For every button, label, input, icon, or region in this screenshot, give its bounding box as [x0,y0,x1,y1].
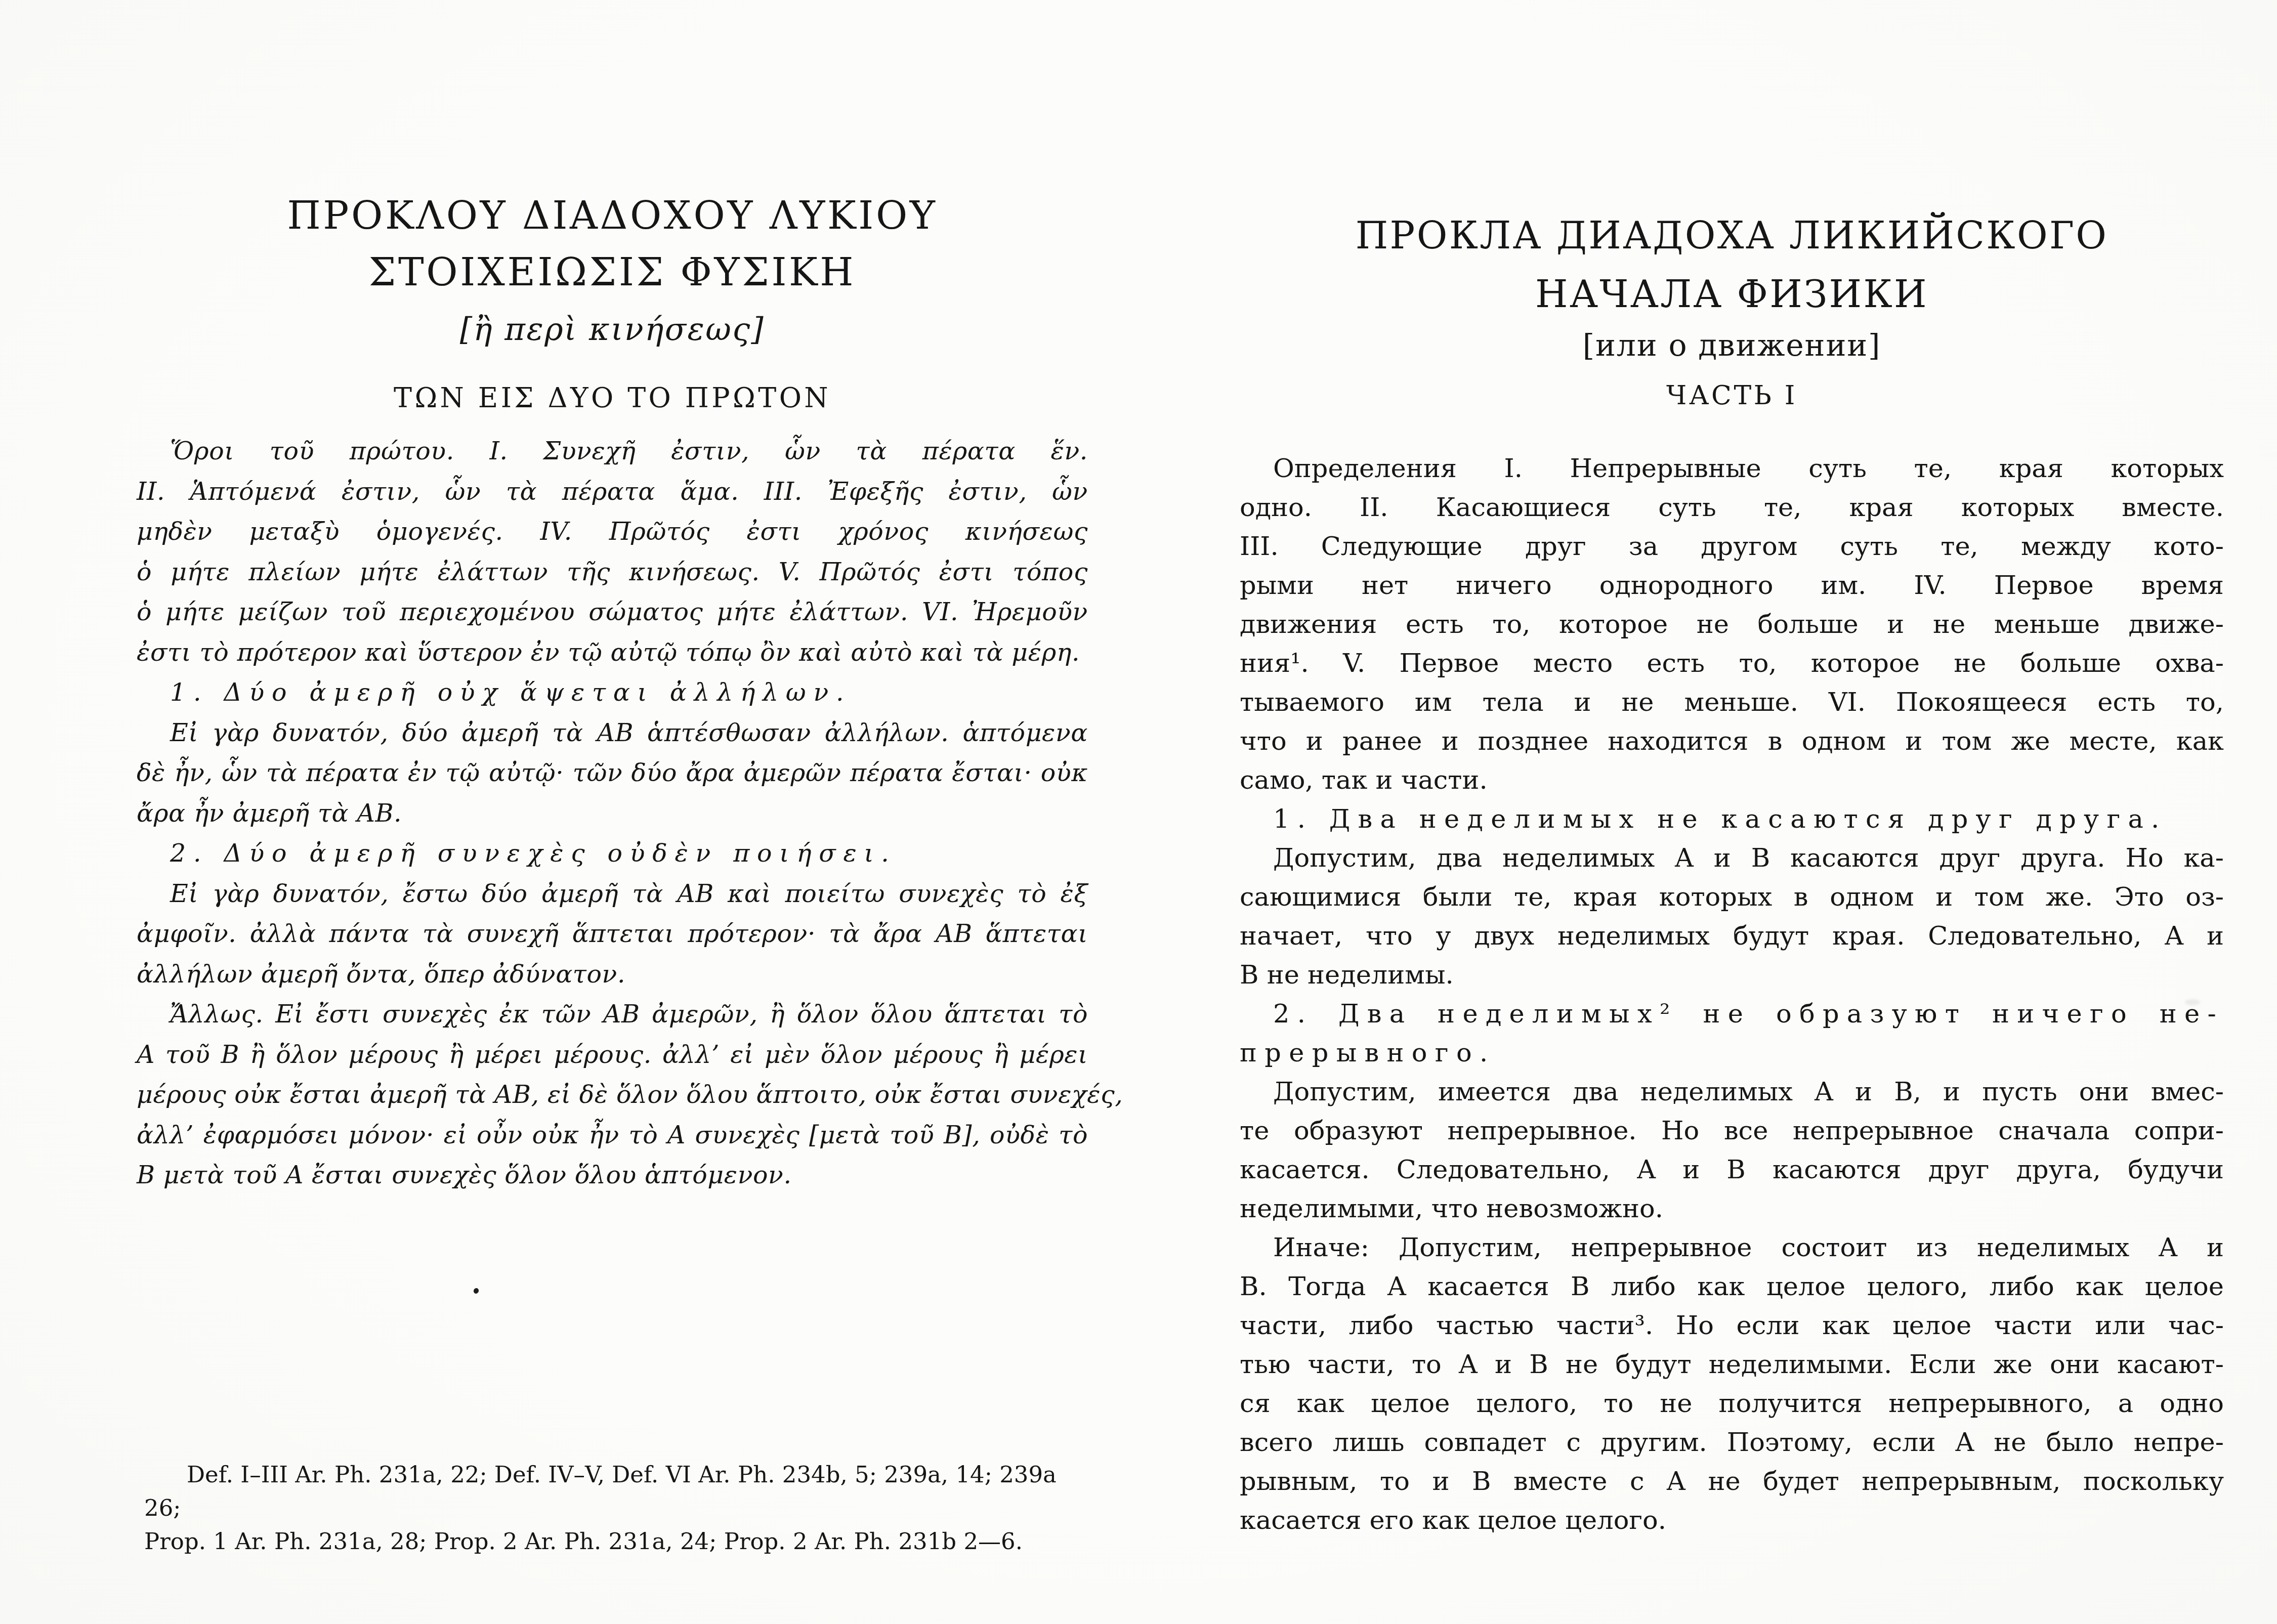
text-line: ἀμφοῖν. ἀλλὰ πάντα τὰ συνεχῆ ἅπτεται πρό… [137,914,1088,954]
text-line: Допустим, два неделимых A и B касаются д… [1240,839,2224,878]
text-line: Ὅροι τοῦ πρώτου. I. Συνεχῆ ἐστιν, ὧν τὰ … [137,431,1088,472]
text-line: 2. Δύο ἀμερῆ συνεχὲς οὐδὲν ποιήσει. [137,833,1088,874]
text-line: B. Тогда A касается B либо как целое цел… [1240,1267,2224,1306]
greek-proposition-1-proof: Εἰ γὰρ δυνατόν, δύο ἀμερῆ τὰ AB ἁπτέσθωσ… [137,713,1088,834]
scan-smudge [2185,999,2200,1005]
right-subtitle: [или о движении] [1240,328,2224,363]
left-title-line1: ΠΡΟΚΛΟΥ ΔΙΑΔΟΧΟΥ ΛΥΚΙΟΥ [137,187,1088,244]
text-line: прерывного. [1240,1034,2224,1073]
text-line: 1. Δύο ἀμερῆ οὐχ ἅψεται ἀλλήλων. [137,672,1088,713]
text-line: касается. Следовательно, A и B касаются … [1240,1150,2224,1189]
text-line: ся как целое целого, то не получится неп… [1240,1384,2224,1423]
russian-proposition-2-heading: 2. Два неделимых² не образуют ничего не-… [1240,995,2224,1073]
text-line: части, либо частью части³. Но если как ц… [1240,1306,2224,1345]
text-line: одно. II. Касающиеся суть те, края котор… [1240,488,2224,527]
text-line: δὲ ἦν, ὧν τὰ πέρατα ἐν τῷ αὐτῷ· τῶν δύο … [137,753,1088,793]
text-line: что и ранее и позднее находится в одном … [1240,722,2224,761]
left-section-heading: ΤΩΝ ΕΙΣ ΔΥΟ ΤΟ ΠΡΩΤΟΝ [137,382,1088,414]
right-title-line1: ПРОКЛА ДИАДОХА ЛИКИЙСКОГО [1240,206,2224,265]
greek-definitions-paragraph: Ὅροι τοῦ πρώτου. I. Συνεχῆ ἐστιν, ὧν τὰ … [137,431,1088,672]
text-line: движения есть то, которое не больше и не… [1240,605,2224,644]
text-line: μηδὲν μεταξὺ ὁμογενές. IV. Πρῶτός ἐστι χ… [137,511,1088,552]
text-line: μέρους οὐκ ἔσται ἀμερῆ τὰ AB, εἰ δὲ ὅλον… [137,1075,1088,1115]
text-line: сающимися были те, края которых в одном … [1240,878,2224,917]
russian-proposition-2-alternate-proof: Иначе: Допустим, непрерывное состоит из … [1240,1228,2224,1540]
text-line: ὁ μήτε μείζων τοῦ περιεχομένου σώματος μ… [137,592,1088,632]
text-line: B не неделимы. [1240,956,2224,995]
text-line: B μετὰ τοῦ A ἔσται συνεχὲς ὅλον ὅλου ἁπτ… [137,1155,1088,1195]
text-line: ἄρα ἦν ἀμερῆ τὰ AB. [137,793,1088,834]
text-line: ἀλλ’ ἐφαρμόσει μόνον· εἰ οὖν οὐκ ἦν τὸ A… [137,1115,1088,1156]
text-line: ния¹. V. Первое место есть то, которое н… [1240,644,2224,683]
text-line: 1. Два неделимых не касаются друг друга. [1240,800,2224,839]
russian-proposition-1-heading: 1. Два неделимых не касаются друг друга. [1240,800,2224,839]
text-line: Иначе: Допустим, непрерывное состоит из … [1240,1228,2224,1267]
greek-proposition-2-alternate-proof: Ἄλλως. Εἰ ἔστι συνεχὲς ἐκ τῶν AB ἀμερῶν,… [137,994,1088,1195]
text-line: тываемого им тела и не меньше. VI. Покоя… [1240,683,2224,722]
text-line: рыми нет ничего однородного им. IV. Перв… [1240,566,2224,605]
left-page-title-block: ΠΡΟΚΛΟΥ ΔΙΑΔΟΧΟΥ ΛΥΚΙΟΥ ΣΤΟΙΧΕΙΩΣΙΣ ΦΥΣΙ… [137,187,1088,348]
text-line: само, так и части. [1240,761,2224,800]
text-line: начает, что у двух неделимых будут края.… [1240,917,2224,956]
text-line: всего лишь совпадет с другим. Поэтому, е… [1240,1423,2224,1462]
text-line: Допустим, имеется два неделимых A и B, и… [1240,1073,2224,1112]
footnote-line: Def. I–III Ar. Ph. 231a, 22; Def. IV–V, … [144,1458,1090,1525]
text-line: ἀλλήλων ἀμερῆ ὄντα, ὅπερ ἀδύνατον. [137,954,1088,995]
right-page-title-block: ПРОКЛА ДИАДОХА ЛИКИЙСКОГО НАЧАЛА ФИЗИКИ … [1240,206,2224,363]
text-line: III. Следующие друг за другом суть те, м… [1240,527,2224,566]
text-line: A τοῦ B ἢ ὅλον μέρους ἢ μέρει μέρους. ἀλ… [137,1035,1088,1075]
text-line: 2. Два неделимых² не образуют ничего не- [1240,995,2224,1034]
greek-proposition-2-heading: 2. Δύο ἀμερῆ συνεχὲς οὐδὲν ποιήσει. [137,833,1088,874]
greek-proposition-2-proof: Εἰ γὰρ δυνατόν, ἔστω δύο ἀμερῆ τὰ AB καὶ… [137,874,1088,995]
text-line: II. Ἁπτόμενά ἐστιν, ὧν τὰ πέρατα ἅμα. II… [137,472,1088,512]
text-line: ὁ μήτε πλείων μήτε ἐλάττων τῆς κινήσεως.… [137,552,1088,592]
greek-proposition-1-heading: 1. Δύο ἀμερῆ οὐχ ἅψεται ἀλλήλων. [137,672,1088,713]
text-line: неделимыми, что невозможно. [1240,1189,2224,1228]
russian-definitions-paragraph: Определения I. Непрерывные суть те, края… [1240,449,2224,800]
text-line: рывным, то и B вместе с A не будет непре… [1240,1462,2224,1501]
russian-proposition-1-proof: Допустим, два неделимых A и B касаются д… [1240,839,2224,995]
right-title-line2: НАЧАЛА ФИЗИКИ [1240,265,2224,324]
text-line: ἐστι τὸ πρότερον καὶ ὕστερον ἐν τῷ αὐτῷ … [137,632,1088,673]
text-line: Определения I. Непрерывные суть те, края… [1240,449,2224,488]
left-subtitle: [ἢ περὶ κινήσεως] [137,311,1088,348]
text-line: тью части, то A и B не будут неделимыми.… [1240,1345,2224,1384]
footnote-line: Prop. 1 Ar. Ph. 231a, 28; Prop. 2 Ar. Ph… [144,1525,1090,1558]
ink-speck [473,1288,479,1295]
text-line: Εἰ γὰρ δυνατόν, δύο ἀμερῆ τὰ AB ἁπτέσθωσ… [137,713,1088,753]
right-body-text: Определения I. Непрерывные суть те, края… [1240,449,2224,1540]
left-footnotes: Def. I–III Ar. Ph. 231a, 22; Def. IV–V, … [144,1458,1090,1558]
left-title-line2: ΣΤΟΙΧΕΙΩΣΙΣ ΦΥΣΙΚΗ [137,244,1088,301]
left-body-text: Ὅροι τοῦ πρώτου. I. Συνεχῆ ἐστιν, ὧν τὰ … [137,431,1088,1195]
right-section-heading: ЧАСТЬ I [1240,380,2224,411]
text-line: Εἰ γὰρ δυνατόν, ἔστω δύο ἀμερῆ τὰ AB καὶ… [137,874,1088,914]
book-spread-scan: { "left_page": { "title_line1": "ΠΡΟΚΛΟΥ… [0,0,2277,1624]
text-line: касается его как целое целого. [1240,1501,2224,1540]
text-line: те образуют непрерывное. Но все непрерыв… [1240,1112,2224,1150]
text-line: Ἄλλως. Εἰ ἔστι συνεχὲς ἐκ τῶν AB ἀμερῶν,… [137,994,1088,1035]
russian-proposition-2-proof: Допустим, имеется два неделимых A и B, и… [1240,1073,2224,1228]
